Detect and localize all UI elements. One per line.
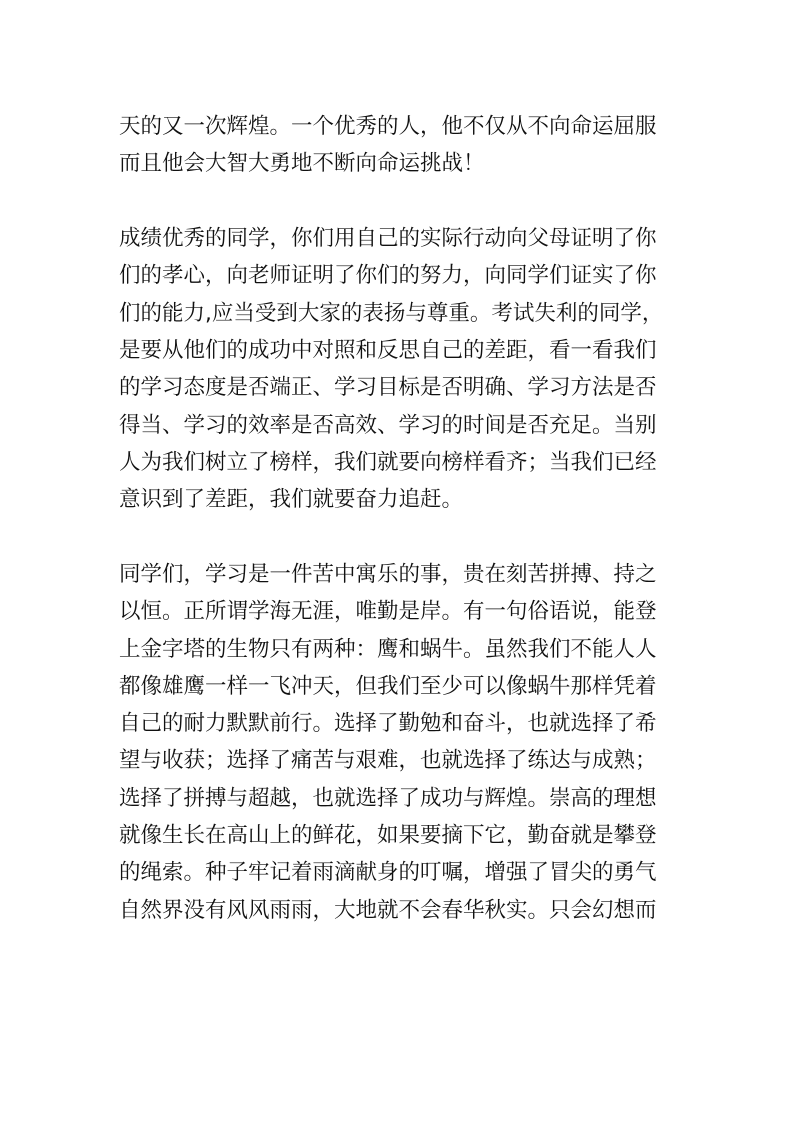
- text-line: 们的孝心，向老师证明了你们的努力，向同学们证实了你: [119, 257, 679, 294]
- text-line: 意识到了差距，我们就要奋力追赶。: [119, 481, 679, 518]
- text-line: 望与收获；选择了痛苦与艰难，也就选择了练达与成熟；: [119, 742, 679, 779]
- text-line: 上金字塔的生物只有两种：鹰和蜗牛。虽然我们不能人人: [119, 631, 679, 668]
- text-line: 得当、学习的效率是否高效、学习的时间是否充足。当别: [119, 407, 679, 444]
- text-line: 人为我们树立了榜样，我们就要向榜样看齐；当我们已经: [119, 444, 679, 481]
- text-line: 而且他会大智大勇地不断向命运挑战！: [119, 145, 679, 182]
- text-line: 选择了拼搏与超越，也就选择了成功与辉煌。崇高的理想: [119, 780, 679, 817]
- text-line: 就像生长在高山上的鲜花，如果要摘下它，勤奋就是攀登: [119, 817, 679, 854]
- text-line: 自然界没有风风雨雨，大地就不会春华秋实。只会幻想而: [119, 892, 679, 929]
- text-line: 的绳索。种子牢记着雨滴献身的叮嘱，增强了冒尖的勇气: [119, 854, 679, 891]
- text-line: 是要从他们的成功中对照和反思自己的差距，看一看我们: [119, 332, 679, 369]
- text-line: 都像雄鹰一样一飞冲天，但我们至少可以像蜗牛那样凭着: [119, 668, 679, 705]
- text-line: 成绩优秀的同学，你们用自己的实际行动向父母证明了你: [119, 220, 679, 257]
- paragraph-gap: [119, 183, 679, 221]
- paragraph-2: 成绩优秀的同学，你们用自己的实际行动向父母证明了你 们的孝心，向老师证明了你们的…: [119, 220, 679, 518]
- paragraph-3: 同学们，学习是一件苦中寓乐的事，贵在刻苦拼搏、持之 以恒。正所谓学海无涯，唯勤是…: [119, 556, 679, 929]
- text-line: 天的又一次辉煌。一个优秀的人，他不仅从不向命运屈服: [119, 108, 679, 145]
- paragraph-gap: [119, 518, 679, 556]
- text-line: 以恒。正所谓学海无涯，唯勤是岸。有一句俗语说，能登: [119, 593, 679, 630]
- text-line: 自己的耐力默默前行。选择了勤勉和奋斗，也就选择了希: [119, 705, 679, 742]
- paragraph-1: 天的又一次辉煌。一个优秀的人，他不仅从不向命运屈服 而且他会大智大勇地不断向命运…: [119, 108, 679, 183]
- text-line: 们的能力,应当受到大家的表扬与尊重。考试失利的同学，: [119, 295, 679, 332]
- document-page: 天的又一次辉煌。一个优秀的人，他不仅从不向命运屈服 而且他会大智大勇地不断向命运…: [119, 108, 679, 929]
- text-line: 的学习态度是否端正、学习目标是否明确、学习方法是否: [119, 369, 679, 406]
- text-line: 同学们，学习是一件苦中寓乐的事，贵在刻苦拼搏、持之: [119, 556, 679, 593]
